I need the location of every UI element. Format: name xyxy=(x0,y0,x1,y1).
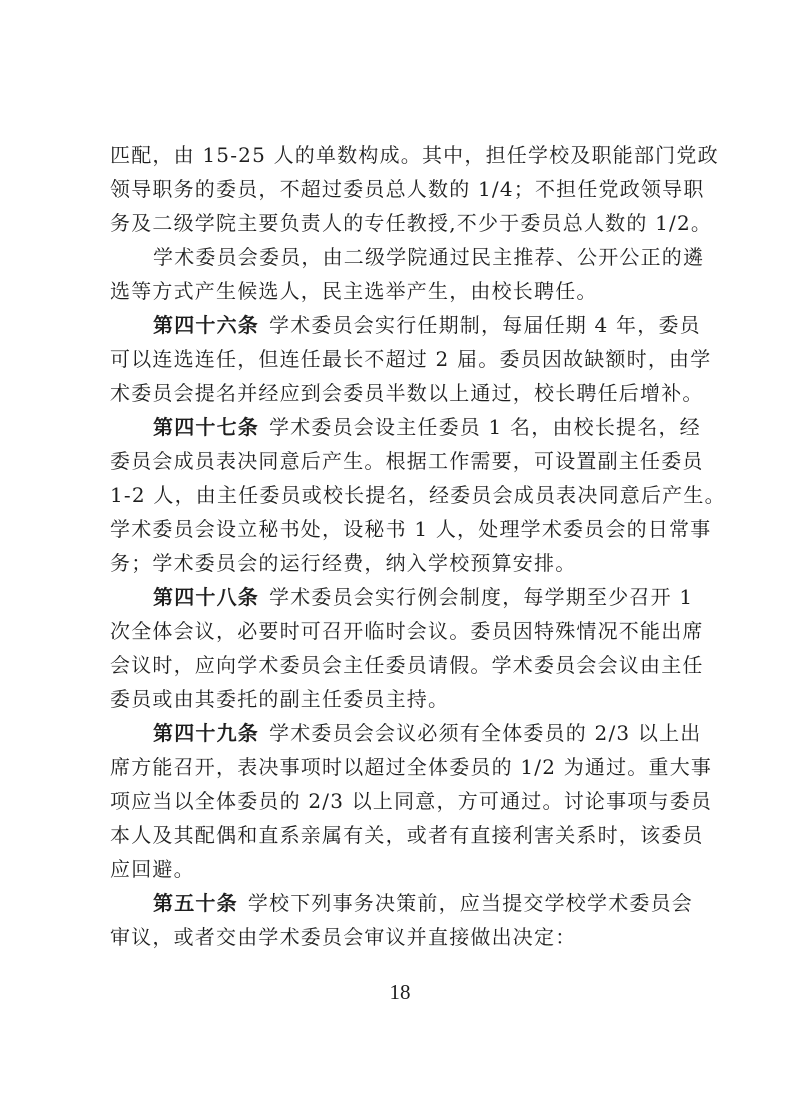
article-heading: 第五十条 xyxy=(153,891,238,915)
article-heading: 第四十九条 xyxy=(153,721,259,745)
article-49-first-line: 第四十九条学术委员会会议必须有全体委员的 2/3 以上出 xyxy=(110,716,702,750)
article-46-first-line: 第四十六条学术委员会实行任期制，每届任期 4 年，委员 xyxy=(110,308,702,342)
text-line: 次全体会议，必要时可召开临时会议。委员因特殊情况不能出席 xyxy=(110,614,702,648)
text-line: 本人及其配偶和直系亲属有关，或者有直接利害关系时，该委员 xyxy=(110,818,702,852)
text-line: 领导职务的委员，不超过委员总人数的 1/4；不担任党政领导职 xyxy=(110,172,702,206)
text-line: 匹配，由 15-25 人的单数构成。其中，担任学校及职能部门党政 xyxy=(110,138,702,172)
text-line: 席方能召开，表决事项时以超过全体委员的 1/2 为通过。重大事 xyxy=(110,750,702,784)
text-line: 术委员会提名并经应到会委员半数以上通过，校长聘任后增补。 xyxy=(110,376,702,410)
article-48-first-line: 第四十八条学术委员会实行例会制度，每学期至少召开 1 xyxy=(110,580,702,614)
text-line: 应回避。 xyxy=(110,852,702,886)
text-line-paragraph-start: 学术委员会委员，由二级学院通过民主推荐、公开公正的遴 xyxy=(110,240,702,274)
body-text: 匹配，由 15-25 人的单数构成。其中，担任学校及职能部门党政 领导职务的委员… xyxy=(110,138,702,954)
text-line: 审议，或者交由学术委员会审议并直接做出决定： xyxy=(110,920,702,954)
article-heading: 第四十七条 xyxy=(153,415,259,439)
text-line: 可以连选连任，但连任最长不超过 2 届。委员因故缺额时，由学 xyxy=(110,342,702,376)
page-number: 18 xyxy=(0,980,800,1005)
text-line: 1-2 人，由主任委员或校长提名，经委员会成员表决同意后产生。 xyxy=(110,478,702,512)
article-text: 学术委员会会议必须有全体委员的 2/3 以上出 xyxy=(269,721,702,745)
text-line: 项应当以全体委员的 2/3 以上同意，方可通过。讨论事项与委员 xyxy=(110,784,702,818)
article-heading: 第四十八条 xyxy=(153,585,259,609)
article-text: 学校下列事务决策前，应当提交学校学术委员会 xyxy=(248,891,693,915)
article-text: 学术委员会设主任委员 1 名，由校长提名，经 xyxy=(269,415,701,439)
article-50-first-line: 第五十条学校下列事务决策前，应当提交学校学术委员会 xyxy=(110,886,702,920)
text-line: 学术委员会设立秘书处，设秘书 1 人，处理学术委员会的日常事 xyxy=(110,512,702,546)
article-47-first-line: 第四十七条学术委员会设主任委员 1 名，由校长提名，经 xyxy=(110,410,702,444)
article-text: 学术委员会实行任期制，每届任期 4 年，委员 xyxy=(269,313,701,337)
text-line: 委员会成员表决同意后产生。根据工作需要，可设置副主任委员 xyxy=(110,444,702,478)
article-heading: 第四十六条 xyxy=(153,313,259,337)
text-line: 委员或由其委托的副主任委员主持。 xyxy=(110,682,702,716)
text-line: 务；学术委员会的运行经费，纳入学校预算安排。 xyxy=(110,546,702,580)
document-page: 匹配，由 15-25 人的单数构成。其中，担任学校及职能部门党政 领导职务的委员… xyxy=(0,0,800,1110)
article-text: 学术委员会实行例会制度，每学期至少召开 1 xyxy=(269,585,693,609)
text-line: 选等方式产生候选人，民主选举产生，由校长聘任。 xyxy=(110,274,702,308)
text-line: 务及二级学院主要负责人的专任教授,不少于委员总人数的 1/2。 xyxy=(110,206,702,240)
text-line: 会议时，应向学术委员会主任委员请假。学术委员会会议由主任 xyxy=(110,648,702,682)
